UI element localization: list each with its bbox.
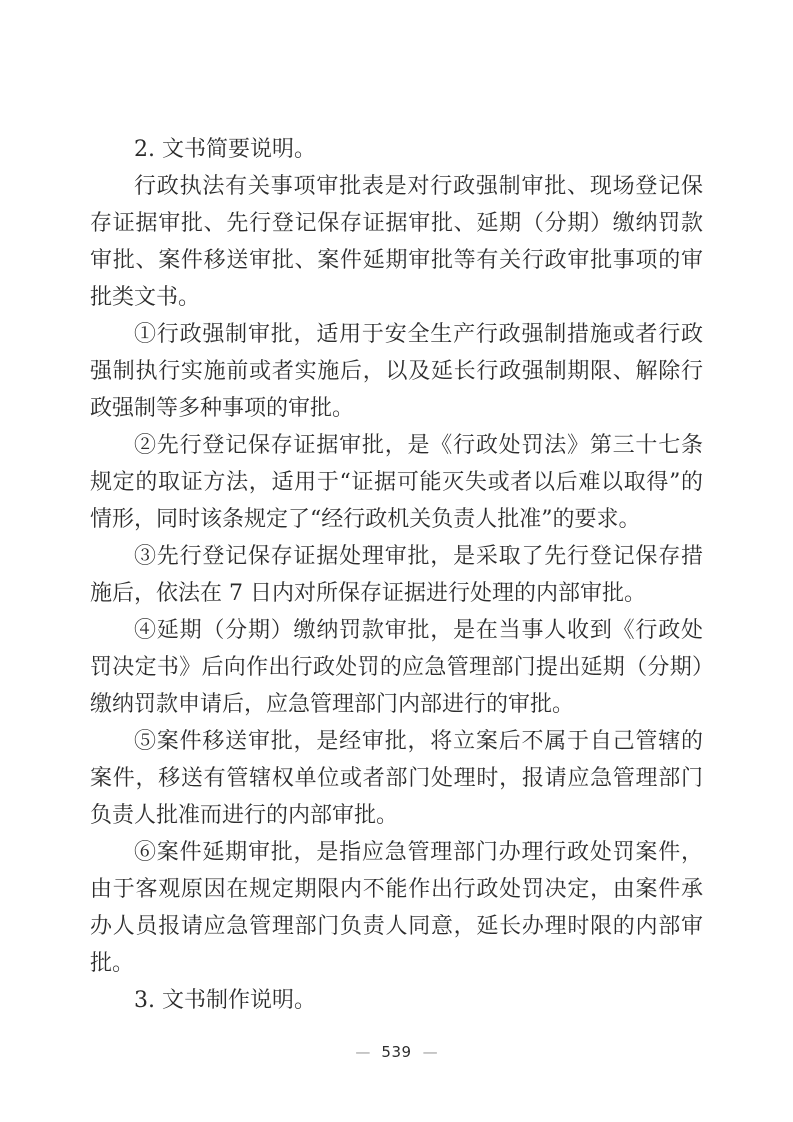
page-number: 539 — [381, 1043, 411, 1061]
heading-doc-production-description: 3. 文书制作说明。 — [90, 982, 703, 1019]
heading-doc-brief-description: 2. 文书简要说明。 — [90, 131, 703, 168]
text-content: 2. 文书简要说明。 行政执法有关事项审批表是对行政强制审批、现场登记保存证据审… — [90, 131, 703, 1019]
paragraph-item-4-deferred-fine-payment-approval: ④延期（分期）缴纳罚款审批，是在当事人收到《行政处罚决定书》后向作出行政处罚的应… — [90, 612, 703, 723]
page-footer: —539— — [0, 1043, 793, 1061]
document-page: 2. 文书简要说明。 行政执法有关事项审批表是对行政强制审批、现场登记保存证据审… — [0, 0, 793, 1122]
paragraph-item-5-case-transfer-approval: ⑤案件移送审批，是经审批，将立案后不属于自己管辖的案件，移送有管辖权单位或者部门… — [90, 723, 703, 834]
footer-dash-left: — — [355, 1043, 370, 1061]
paragraph-overview: 行政执法有关事项审批表是对行政强制审批、现场登记保存证据审批、先行登记保存证据审… — [90, 168, 703, 316]
paragraph-item-6-case-extension-approval: ⑥案件延期审批，是指应急管理部门办理行政处罚案件，由于客观原因在规定期限内不能作… — [90, 834, 703, 982]
paragraph-item-2-prior-registration-evidence-approval: ②先行登记保存证据审批，是《行政处罚法》第三十七条规定的取证方法，适用于“证据可… — [90, 427, 703, 538]
paragraph-item-1-administrative-coercion-approval: ①行政强制审批，适用于安全生产行政强制措施或者行政强制执行实施前或者实施后，以及… — [90, 316, 703, 427]
footer-dash-right: — — [423, 1043, 438, 1061]
paragraph-item-3-evidence-handling-approval: ③先行登记保存证据处理审批，是采取了先行登记保存措施后，依法在 7 日内对所保存… — [90, 538, 703, 612]
